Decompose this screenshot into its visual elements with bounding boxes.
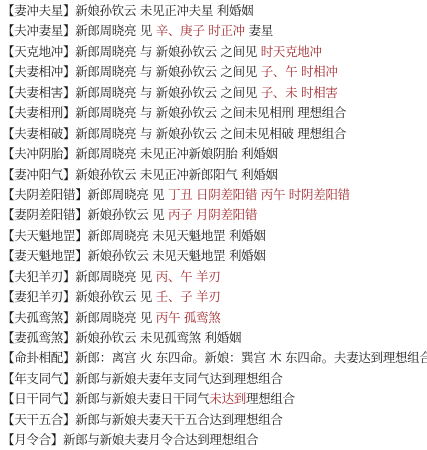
highlighted-text: 丙午 孤鸾煞: [156, 310, 221, 325]
item-text: 理想组合: [246, 391, 295, 406]
list-item: 【妻阴差阳错】新娘孙钦云 见 丙子 月阴差阳错: [2, 205, 427, 225]
item-text: 新娘孙钦云 未见正冲夫星 利婚姻: [75, 3, 253, 18]
item-label: 【夫妻相破】: [2, 126, 75, 141]
item-label: 【夫天魁地罡】: [2, 228, 87, 243]
list-item: 【妻冲夫星】新娘孙钦云 未见正冲夫星 利婚姻: [2, 1, 427, 21]
highlighted-text: 时天克地冲: [261, 44, 322, 59]
item-label: 【妻冲夫星】: [2, 3, 75, 18]
item-text: 新郎周晓亮 与 新娘孙钦云 之间未见相刑 理想组合: [75, 105, 346, 120]
item-text: 新郎与新娘夫妻年支同气达到理想组合: [75, 371, 282, 386]
item-label: 【夫妻相刑】: [2, 105, 75, 120]
list-item: 【夫妻相冲】新郎周晓亮 与 新娘孙钦云 之间见 子、午 时相冲: [2, 62, 427, 82]
list-item: 【日干同气】新郎与新娘夫妻日干同气未达到理想组合: [2, 389, 427, 409]
list-item: 【天干五合】新郎与新娘夫妻天干五合达到理想组合: [2, 410, 427, 430]
list-item: 【月令合】新郎与新娘夫妻月令合达到理想组合: [2, 430, 427, 450]
list-item: 【夫妻相刑】新郎周晓亮 与 新娘孙钦云 之间未见相刑 理想组合: [2, 103, 427, 123]
item-label: 【夫妻相害】: [2, 85, 75, 100]
item-text: 新郎周晓亮 与 新娘孙钦云 之间见: [75, 64, 261, 79]
list-item: 【夫妻相破】新郎周晓亮 与 新娘孙钦云 之间未见相破 理想组合: [2, 124, 427, 144]
item-text: 新郎周晓亮 与 新娘孙钦云 之间见: [75, 44, 261, 59]
list-item: 【夫冲阴胎】新郎周晓亮 未见正冲新娘阴胎 利婚姻: [2, 144, 427, 164]
list-item: 【夫冲妻星】新郎周晓亮 见 辛、庚子 时正冲 妻星: [2, 21, 427, 41]
item-text: 新郎周晓亮 见: [75, 269, 156, 284]
item-text: 新娘孙钦云 见: [87, 207, 168, 222]
item-text: 新娘孙钦云 未见正冲新郎阳气 利婚姻: [75, 167, 278, 182]
list-item: 【夫孤鸾煞】新郎周晓亮 见 丙午 孤鸾煞: [2, 308, 427, 328]
highlighted-text: 未达到: [209, 391, 246, 406]
list-item: 【夫阴差阳错】新郎周晓亮 见 丁丑 日阴差阳错 丙午 时阴差阳错: [2, 185, 427, 205]
item-label: 【夫孤鸾煞】: [2, 310, 75, 325]
highlighted-text: 辛、庚子 时正冲: [156, 23, 245, 38]
item-label: 【天克地冲】: [2, 44, 75, 59]
item-label: 【夫冲阴胎】: [2, 146, 75, 161]
item-label: 【夫冲妻星】: [2, 23, 75, 38]
item-label: 【夫阴差阳错】: [2, 187, 87, 202]
item-text: 新郎与新娘夫妻天干五合达到理想组合: [75, 412, 282, 427]
item-label: 【命卦相配】: [2, 350, 75, 365]
list-item: 【夫犯羊刃】新郎周晓亮 见 丙、午 羊刃: [2, 267, 427, 287]
list-item: 【妻犯羊刃】新娘孙钦云 见 壬、子 羊刃: [2, 287, 427, 307]
marriage-compatibility-list: 【妻冲夫星】新娘孙钦云 未见正冲夫星 利婚姻【夫冲妻星】新郎周晓亮 见 辛、庚子…: [0, 0, 427, 450]
item-text: 新郎与新娘夫妻月令合达到理想组合: [63, 432, 258, 447]
item-label: 【天干五合】: [2, 412, 75, 427]
highlighted-text: 丙子 月阴差阳错: [168, 207, 257, 222]
item-text: 新郎周晓亮 与 新娘孙钦云 之间见: [75, 85, 261, 100]
item-text: 新郎与新娘夫妻日干同气: [75, 391, 209, 406]
highlighted-text: 丁丑 日阴差阳错 丙午 时阴差阳错: [168, 187, 350, 202]
item-label: 【妻阴差阳错】: [2, 207, 87, 222]
item-text: 新郎周晓亮 见: [87, 187, 168, 202]
item-label: 【妻犯羊刃】: [2, 289, 75, 304]
list-item: 【命卦相配】新郎：离宫 火 东四命。新娘：巽宫 木 东四命。夫妻达到理想组合: [2, 348, 427, 368]
highlighted-text: 丙、午 羊刃: [156, 269, 221, 284]
item-label: 【妻孤鸾煞】: [2, 330, 75, 345]
list-item: 【天克地冲】新郎周晓亮 与 新娘孙钦云 之间见 时天克地冲: [2, 42, 427, 62]
item-label: 【日干同气】: [2, 391, 75, 406]
list-item: 【妻天魁地罡】新娘孙钦云 未见天魁地罡 利婚姻: [2, 246, 427, 266]
item-text: 新娘孙钦云 未见孤鸾煞 利婚姻: [75, 330, 241, 345]
item-text: 新郎周晓亮 未见天魁地罡 利婚姻: [87, 228, 265, 243]
list-item: 【夫天魁地罡】新郎周晓亮 未见天魁地罡 利婚姻: [2, 226, 427, 246]
item-text: 妻星: [245, 23, 273, 38]
item-text: 新娘孙钦云 未见天魁地罡 利婚姻: [87, 248, 265, 263]
list-item: 【妻冲阳气】新娘孙钦云 未见正冲新郎阳气 利婚姻: [2, 165, 427, 185]
item-label: 【妻天魁地罡】: [2, 248, 87, 263]
item-text: 新郎周晓亮 见: [75, 23, 156, 38]
item-label: 【夫妻相冲】: [2, 64, 75, 79]
item-text: 新郎周晓亮 见: [75, 310, 156, 325]
item-text: 新郎：离宫 火 东四命。新娘：巽宫 木 东四命。夫妻达到理想组合: [75, 350, 427, 365]
item-label: 【月令合】: [2, 432, 63, 447]
item-label: 【妻冲阳气】: [2, 167, 75, 182]
item-label: 【年支同气】: [2, 371, 75, 386]
highlighted-text: 子、未 时相害: [261, 85, 338, 100]
highlighted-text: 子、午 时相冲: [261, 64, 338, 79]
item-text: 新娘孙钦云 见: [75, 289, 156, 304]
item-label: 【夫犯羊刃】: [2, 269, 75, 284]
list-item: 【妻孤鸾煞】新娘孙钦云 未见孤鸾煞 利婚姻: [2, 328, 427, 348]
list-item: 【年支同气】新郎与新娘夫妻年支同气达到理想组合: [2, 369, 427, 389]
highlighted-text: 壬、子 羊刃: [156, 289, 221, 304]
item-text: 新郎周晓亮 与 新娘孙钦云 之间未见相破 理想组合: [75, 126, 346, 141]
item-text: 新郎周晓亮 未见正冲新娘阴胎 利婚姻: [75, 146, 278, 161]
list-item: 【夫妻相害】新郎周晓亮 与 新娘孙钦云 之间见 子、未 时相害: [2, 83, 427, 103]
